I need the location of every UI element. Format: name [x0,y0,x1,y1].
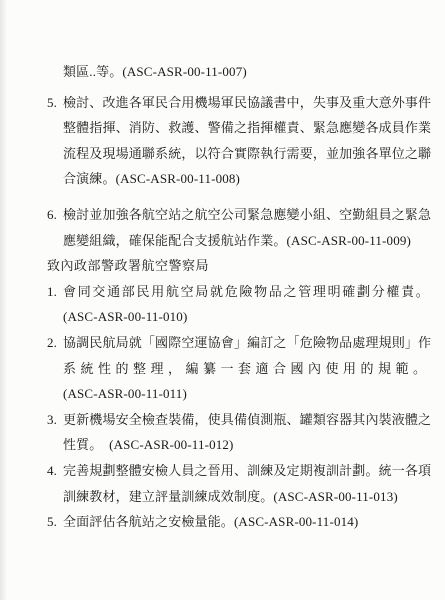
list-item-3: 3. 更新機場安全檢查裝備，使具備偵測瓶、罐類容器其內裝液體之 性質。 (ASC… [47,407,431,458]
item-number: 2. [47,330,63,356]
document-page: 類區..等。(ASC-ASR-00-11-007) 5. 檢討、改進各軍民合用機… [0,0,445,600]
list-item-2: 2. 協調民航局就「國際空運協會」編訂之「危險物品處理規則」作 系統性的整理，編… [47,330,431,407]
item-number: 5. [47,509,63,535]
item-line: (ASC-ASR-00-11-010) [63,304,431,330]
item-line: 應變組織，確保能配合支援航站作業。(ASC-ASR-00-11-009) [63,228,431,254]
list-item-5: 5. 檢討、改進各軍民合用機場軍民協議書中，失事及重大意外事件 整體指揮、消防、… [47,90,431,192]
list-item-1: 1. 會同交通部民用航空局就危險物品之管理明確劃分權責。 (ASC-ASR-00… [47,279,431,330]
item-line: 訓練教材，建立評量訓練成效制度。(ASC-ASR-00-11-013) [63,484,431,510]
item-line: 系統性的整理，編纂一套適合國內使用的規範。 [63,356,431,382]
item-line: 完善規劃整體安檢人員之晉用、訓練及定期複訓計劃。統一各項 [63,458,431,484]
item-number: 5. [47,90,63,116]
item-number: 1. [47,279,63,305]
item-line: 流程及現場通聯系統，以符合實際執行需要，並加強各單位之聯 [63,141,431,167]
continuation-line: 類區..等。(ASC-ASR-00-11-007) [63,59,431,85]
item-line: 檢討、改進各軍民合用機場軍民協議書中，失事及重大意外事件 [63,90,431,116]
item-number: 6. [47,202,63,228]
list-item-5b: 5. 全面評估各航站之安檢量能。(ASC-ASR-00-11-014) [47,509,431,535]
item-line: (ASC-ASR-00-11-011) [63,381,431,407]
item-line: 更新機場安全檢查裝備，使具備偵測瓶、罐類容器其內裝液體之 [63,407,431,433]
item-line: 性質。 (ASC-ASR-00-11-012) [63,432,431,458]
item-line: 協調民航局就「國際空運協會」編訂之「危險物品處理規則」作 [63,330,431,356]
item-number: 3. [47,407,63,433]
item-number: 4. [47,458,63,484]
item-line: 全面評估各航站之安檢量能。(ASC-ASR-00-11-014) [63,509,431,535]
page-content: 類區..等。(ASC-ASR-00-11-007) 5. 檢討、改進各軍民合用機… [47,59,431,535]
item-line: 會同交通部民用航空局就危險物品之管理明確劃分權責。 [63,279,431,305]
section-heading: 致內政部警政署航空警察局 [47,253,431,279]
item-line: 整體指揮、消防、救護、警備之指揮權責、緊急應變各成員作業 [63,115,431,141]
item-line: 檢討並加強各航空站之航空公司緊急應變小組、空勤組員之緊急 [63,202,431,228]
list-item-4: 4. 完善規劃整體安檢人員之晉用、訓練及定期複訓計劃。統一各項 訓練教材，建立評… [47,458,431,509]
list-item-6: 6. 檢討並加強各航空站之航空公司緊急應變小組、空勤組員之緊急 應變組織，確保能… [47,202,431,253]
item-line: 合演練。(ASC-ASR-00-11-008) [63,166,431,192]
